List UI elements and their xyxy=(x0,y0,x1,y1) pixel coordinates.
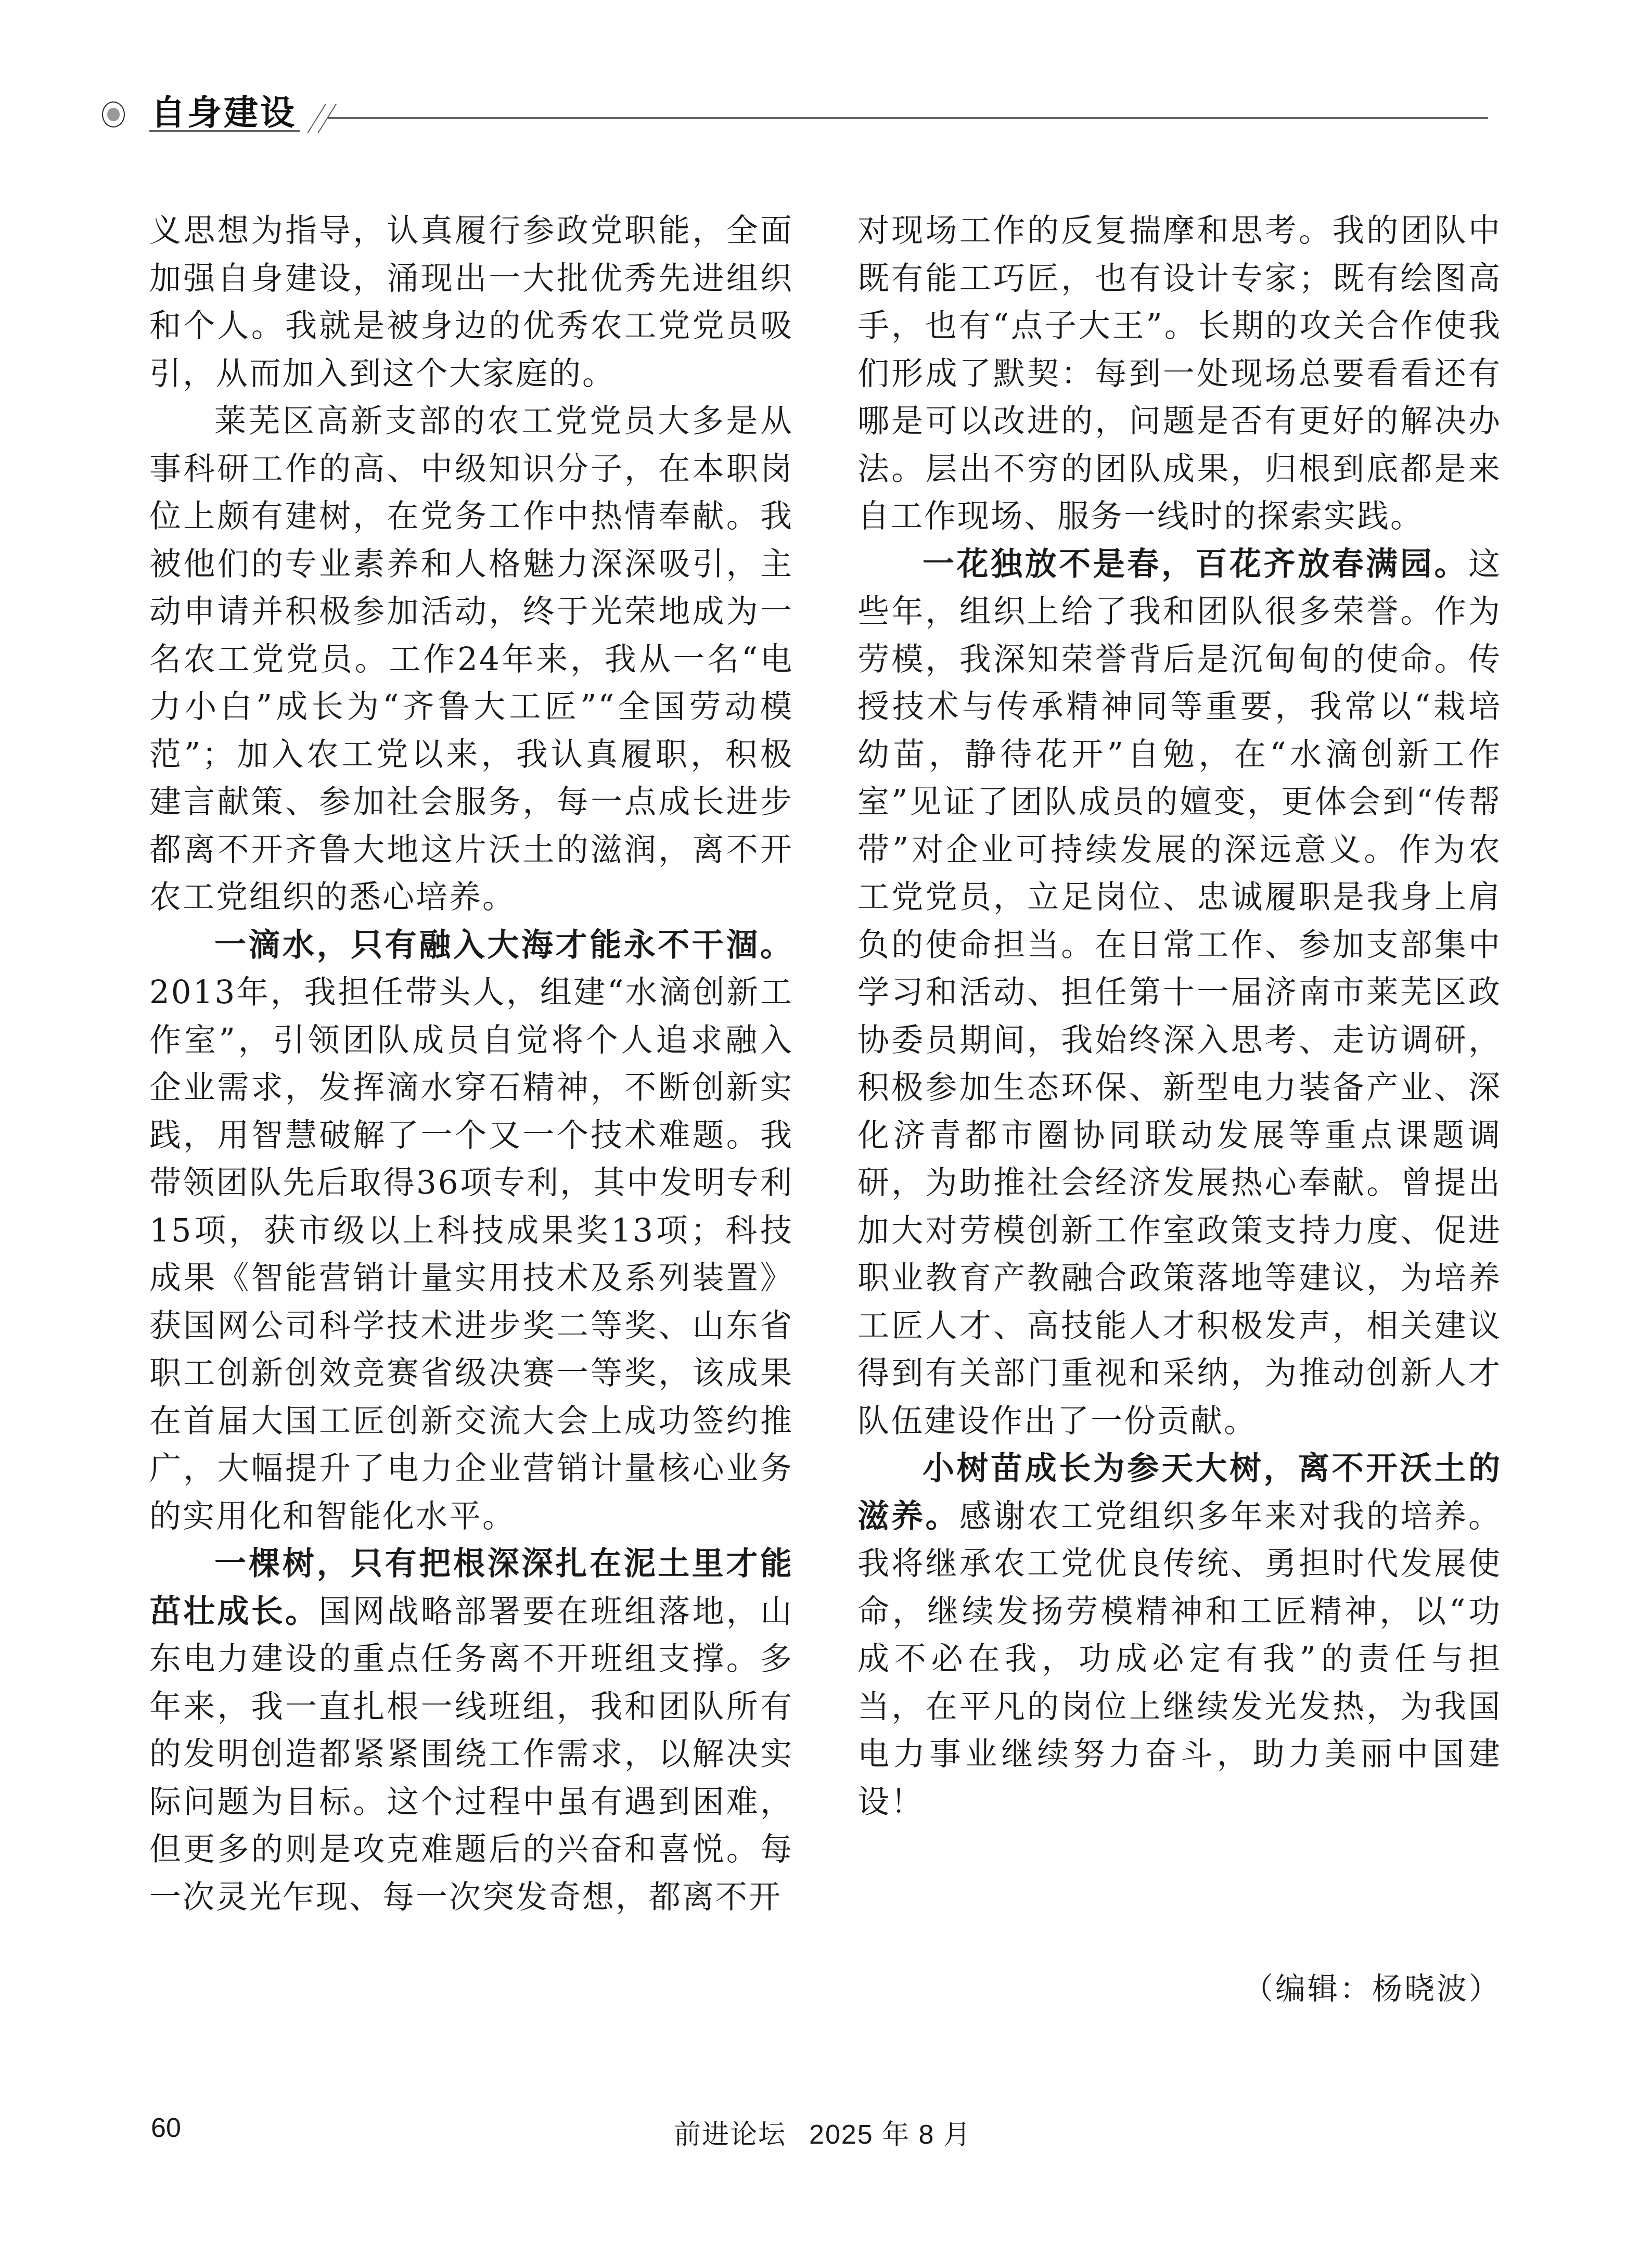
paragraph-text: 义思想为指导，认真履行参政党职能，全面加强自身建设，涌现出一大批优秀先进组织和个… xyxy=(149,212,793,392)
paragraph: 小树苗成长为参天大树，离不开沃土的滋养。感谢农工党组织多年来对我的培养。我将继承… xyxy=(857,1445,1502,1826)
section-header: 自身建设 xyxy=(0,0,1652,156)
right-column: 对现场工作的反复揣摩和思考。我的团队中既有能工巧匠，也有设计专家；既有绘图高手，… xyxy=(857,207,1502,1826)
editor-credit: （编辑：杨晓波） xyxy=(1243,1964,1501,2008)
left-column: 义思想为指导，认真履行参政党职能，全面加强自身建设，涌现出一大批优秀先进组织和个… xyxy=(149,207,793,1921)
paragraph: 一棵树，只有把根深深扎在泥土里才能茁壮成长。国网战略部署要在班组落地，山东电力建… xyxy=(149,1540,793,1921)
journal-name: 前进论坛 xyxy=(674,2112,786,2151)
paragraph-text: 2013年，我担任带头人，组建“水滴创新工作室”，引领团队成员自觉将个人追求融入… xyxy=(149,974,793,1535)
paragraph: 义思想为指导，认真履行参政党职能，全面加强自身建设，涌现出一大批优秀先进组织和个… xyxy=(149,207,793,398)
paragraph-text: 这些年，组织上给了我和团队很多荣誉。作为劳模，我深知荣誉背后是沉甸甸的使命。传授… xyxy=(857,546,1502,1440)
paragraph-lead: 一花独放不是春，百花齐放春满园。 xyxy=(923,546,1468,583)
issue-date: 2025 年 8 月 xyxy=(809,2112,971,2151)
paragraph: 莱芜区高新支部的农工党党员大多是从事科研工作的高、中级知识分子，在本职岗位上颇有… xyxy=(149,398,793,921)
paragraph: 一花独放不是春，百花齐放春满园。这些年，组织上给了我和团队很多荣誉。作为劳模，我… xyxy=(857,541,1502,1445)
bullseye-circle-icon xyxy=(102,101,125,127)
paragraph-text: 莱芜区高新支部的农工党党员大多是从事科研工作的高、中级知识分子，在本职岗位上颇有… xyxy=(149,403,793,916)
header-rule-lower xyxy=(149,130,300,132)
paragraph-text: 对现场工作的反复揣摩和思考。我的团队中既有能工巧匠，也有设计专家；既有绘图高手，… xyxy=(857,212,1502,535)
header-rule-upper xyxy=(328,117,1488,119)
paragraph-text: 感谢农工党组织多年来对我的培养。我将继承农工党优良传统、勇担时代发展使命，继续发… xyxy=(857,1498,1502,1821)
paragraph-lead: 一滴水，只有融入大海才能永不干涸。 xyxy=(214,927,793,964)
section-title: 自身建设 xyxy=(151,92,297,133)
page-number: 60 xyxy=(151,2112,181,2144)
paragraph: 对现场工作的反复揣摩和思考。我的团队中既有能工巧匠，也有设计专家；既有绘图高手，… xyxy=(857,207,1502,541)
page-footer: 60 前进论坛 2025 年 8 月 xyxy=(0,2112,1652,2154)
paragraph-text: 国网战略部署要在班组落地，山东电力建设的重点任务离不开班组支撑。多年来，我一直扎… xyxy=(149,1593,793,1916)
paragraph: 一滴水，只有融入大海才能永不干涸。2013年，我担任带头人，组建“水滴创新工作室… xyxy=(149,921,793,1541)
header-rule-slash xyxy=(307,104,326,133)
